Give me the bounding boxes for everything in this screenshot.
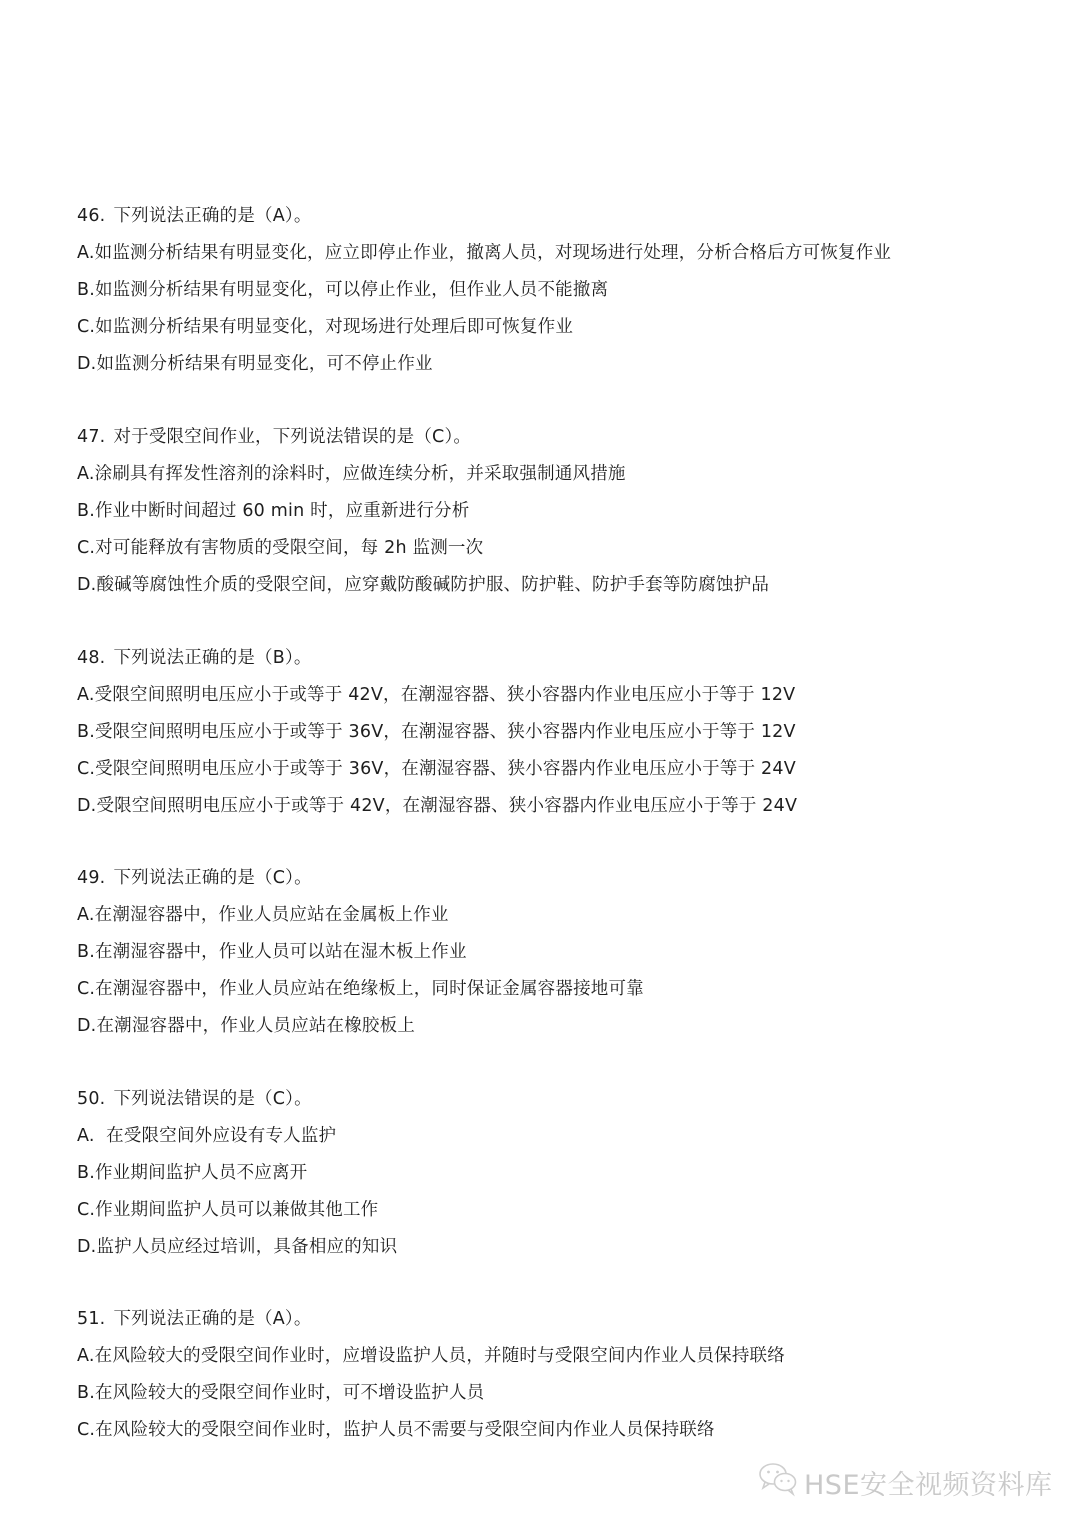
option-b: B.受限空间照明电压应小于或等于 36V，在潮湿容器、狭小容器内作业电压应小于等…: [77, 714, 1037, 751]
option-a: A.涂刷具有挥发性溶剂的涂料时，应做连续分析，并采取强制通风措施: [77, 456, 1037, 493]
question-stem: 47.对于受限空间作业，下列说法错误的是（C）。: [77, 419, 1037, 456]
question-number: 49.: [77, 868, 105, 888]
option-b: B.在潮湿容器中，作业人员可以站在湿木板上作业: [77, 934, 1037, 971]
question-stem: 48.下列说法正确的是（B）。: [77, 640, 1037, 677]
option-c: C.受限空间照明电压应小于或等于 36V，在潮湿容器、狭小容器内作业电压应小于等…: [77, 751, 1037, 788]
question-number: 47.: [77, 427, 105, 447]
question-text: 下列说法错误的是（C）。: [113, 1089, 311, 1109]
question-48: 48.下列说法正确的是（B）。 A.受限空间照明电压应小于或等于 42V，在潮湿…: [77, 640, 1037, 825]
question-text: 下列说法正确的是（A）。: [113, 206, 311, 226]
option-d: D.受限空间照明电压应小于或等于 42V，在潮湿容器、狭小容器内作业电压应小于等…: [77, 788, 1037, 825]
option-d: D.监护人员应经过培训，具备相应的知识: [77, 1229, 1037, 1266]
question-number: 48.: [77, 648, 105, 668]
option-d: D.如监测分析结果有明显变化，可不停止作业: [77, 346, 1037, 383]
question-number: 46.: [77, 206, 105, 226]
option-b: B.作业期间监护人员不应离开: [77, 1155, 1037, 1192]
question-number: 51.: [77, 1309, 105, 1329]
question-stem: 51.下列说法正确的是（A）。: [77, 1301, 1037, 1338]
option-c: C.对可能释放有害物质的受限空间，每 2h 监测一次: [77, 530, 1037, 567]
option-c: C.作业期间监护人员可以兼做其他工作: [77, 1192, 1037, 1229]
option-a: A.在风险较大的受限空间作业时，应增设监护人员，并随时与受限空间内作业人员保持联…: [77, 1338, 1037, 1375]
question-47: 47.对于受限空间作业，下列说法错误的是（C）。 A.涂刷具有挥发性溶剂的涂料时…: [77, 419, 1037, 604]
option-b: B.作业中断时间超过 60 min 时，应重新进行分析: [77, 493, 1037, 530]
question-text: 下列说法正确的是（A）。: [113, 1309, 311, 1329]
question-stem: 46.下列说法正确的是（A）。: [77, 198, 1037, 235]
watermark: HSE安全视频资料库: [758, 1460, 1053, 1504]
question-51: 51.下列说法正确的是（A）。 A.在风险较大的受限空间作业时，应增设监护人员，…: [77, 1301, 1037, 1449]
question-number: 50.: [77, 1089, 105, 1109]
watermark-text: HSE安全视频资料库: [804, 1463, 1053, 1502]
question-50: 50.下列说法错误的是（C）。 A. 在受限空间外应设有专人监护 B.作业期间监…: [77, 1081, 1037, 1266]
option-a: A.受限空间照明电压应小于或等于 42V，在潮湿容器、狭小容器内作业电压应小于等…: [77, 677, 1037, 714]
question-text: 下列说法正确的是（C）。: [113, 868, 311, 888]
question-text: 下列说法正确的是（B）。: [113, 648, 311, 668]
option-a: A. 在受限空间外应设有专人监护: [77, 1118, 1037, 1155]
option-a: A.如监测分析结果有明显变化，应立即停止作业，撤离人员，对现场进行处理，分析合格…: [77, 235, 1037, 272]
question-46: 46.下列说法正确的是（A）。 A.如监测分析结果有明显变化，应立即停止作业，撤…: [77, 198, 1037, 383]
question-text: 对于受限空间作业，下列说法错误的是（C）。: [113, 427, 471, 447]
question-49: 49.下列说法正确的是（C）。 A.在潮湿容器中，作业人员应站在金属板上作业 B…: [77, 860, 1037, 1045]
option-a: A.在潮湿容器中，作业人员应站在金属板上作业: [77, 897, 1037, 934]
option-d: D.酸碱等腐蚀性介质的受限空间，应穿戴防酸碱防护服、防护鞋、防护手套等防腐蚀护品: [77, 567, 1037, 604]
wechat-icon: [758, 1461, 804, 1504]
option-b: B.如监测分析结果有明显变化，可以停止作业，但作业人员不能撤离: [77, 272, 1037, 309]
option-c: C.在风险较大的受限空间作业时，监护人员不需要与受限空间内作业人员保持联络: [77, 1412, 1037, 1449]
document-page: 46.下列说法正确的是（A）。 A.如监测分析结果有明显变化，应立即停止作业，撤…: [0, 0, 1080, 1528]
option-c: C.如监测分析结果有明显变化，对现场进行处理后即可恢复作业: [77, 309, 1037, 346]
question-stem: 49.下列说法正确的是（C）。: [77, 860, 1037, 897]
option-c: C.在潮湿容器中，作业人员应站在绝缘板上，同时保证金属容器接地可靠: [77, 971, 1037, 1008]
option-d: D.在潮湿容器中，作业人员应站在橡胶板上: [77, 1008, 1037, 1045]
option-b: B.在风险较大的受限空间作业时，可不增设监护人员: [77, 1375, 1037, 1412]
question-stem: 50.下列说法错误的是（C）。: [77, 1081, 1037, 1118]
